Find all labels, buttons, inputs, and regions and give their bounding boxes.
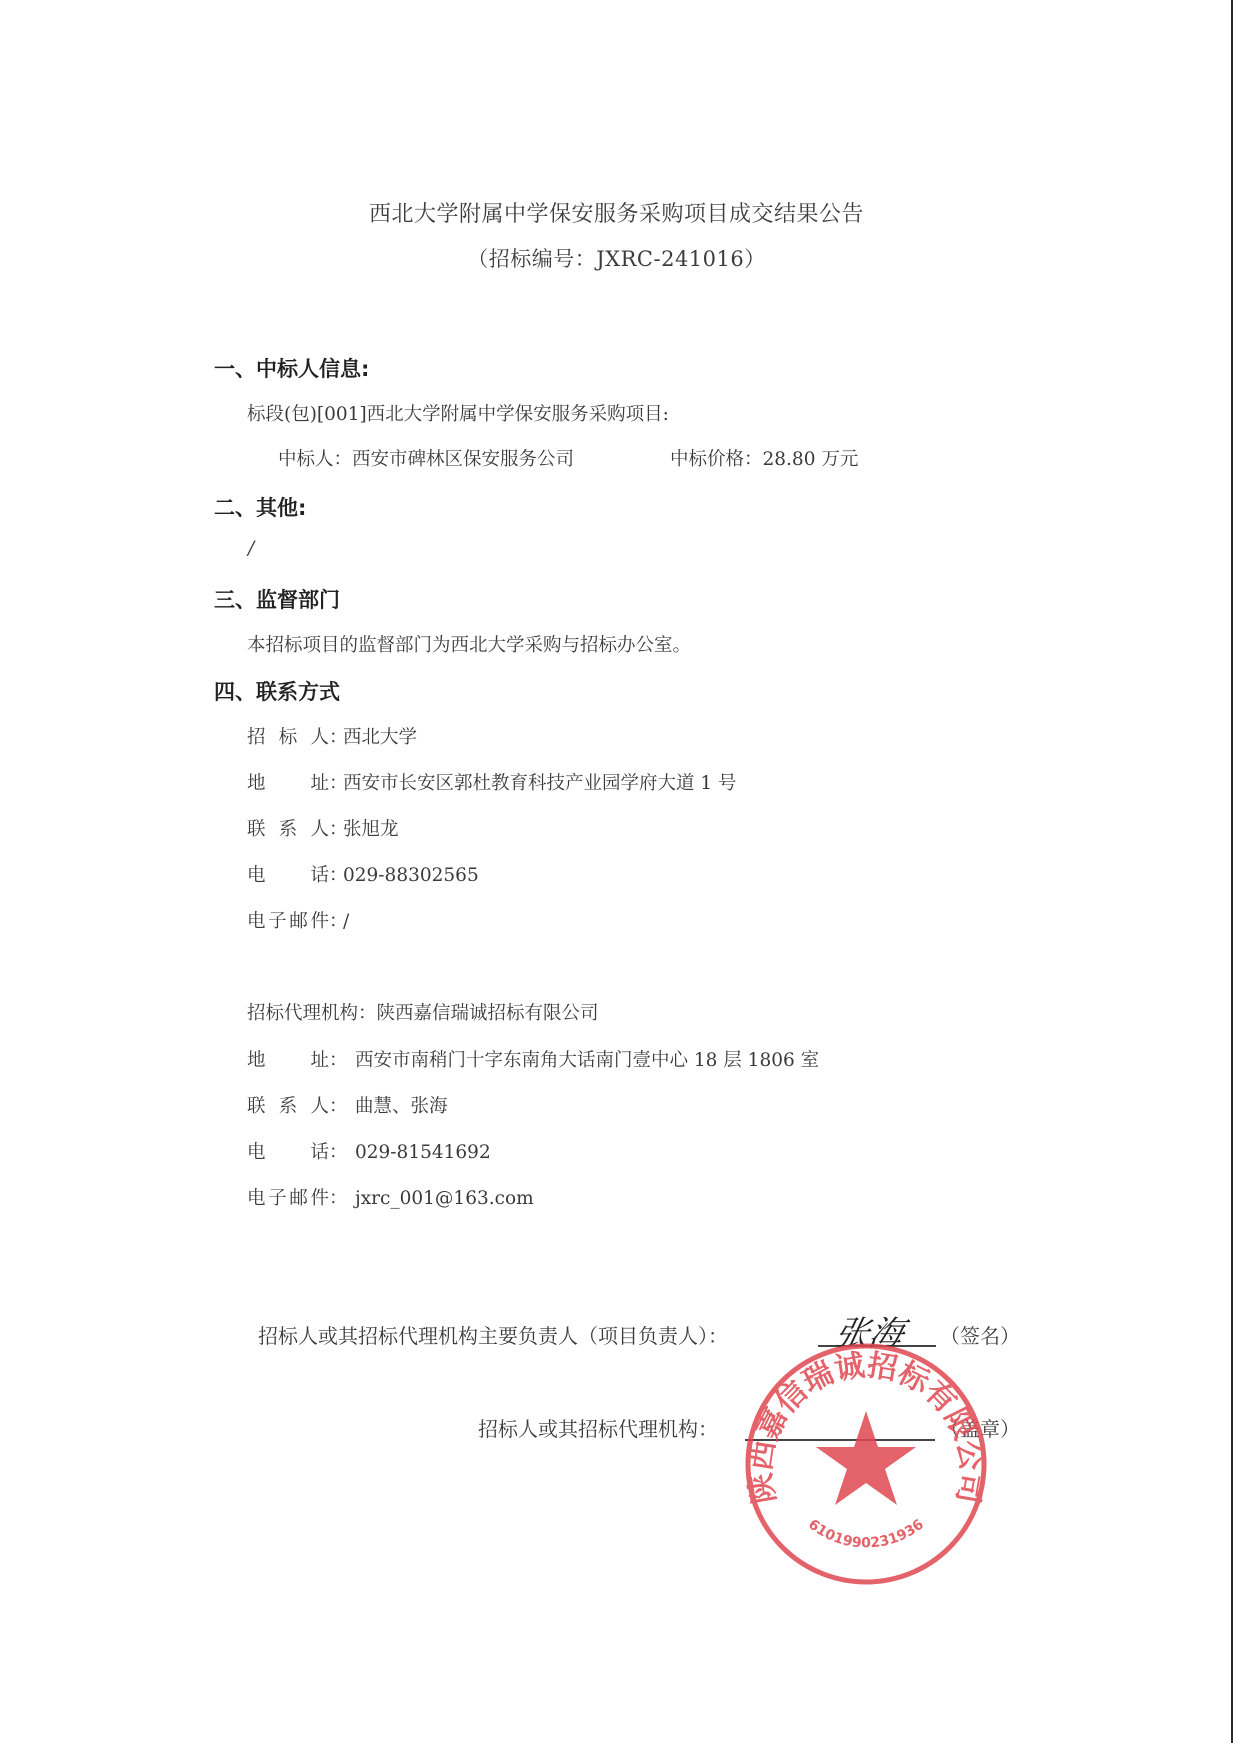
principal-label: 招标人或其招标代理机构主要负责人（项目负责人）： <box>258 1320 728 1349</box>
row-value: 西北大学 <box>343 727 417 748</box>
agency-name-row: 招标代理机构：陕西嘉信瑞诚招标有限公司 <box>247 999 599 1025</box>
tenderer-row: 电子邮件：/ <box>247 907 349 933</box>
price-label: 中标价格： <box>670 449 763 470</box>
row-label: 电 话 <box>247 1138 329 1164</box>
section-heading-other: 二、其他: <box>214 492 306 522</box>
row-label: 电 话 <box>247 861 329 887</box>
price-value: 28.80 万元 <box>763 449 859 470</box>
supervision-content: 本招标项目的监督部门为西北大学采购与招标办公室。 <box>247 631 691 657</box>
agency-row: 联 系 人：曲慧、张海 <box>247 1092 448 1118</box>
row-label: 电子邮件 <box>247 907 329 933</box>
row-label: 地 址 <box>247 1046 329 1072</box>
agency-row: 电子邮件：jxrc_001@163.com <box>247 1184 534 1210</box>
row-value: 西安市南稍门十字东南角大话南门壹中心 18 层 1806 室 <box>355 1050 819 1071</box>
row-value: jxrc_001@163.com <box>355 1188 534 1209</box>
winner-line: 中标人：西安市碑林区保安服务公司 <box>278 445 574 471</box>
agency-label: 招标代理机构： <box>247 1003 377 1024</box>
price-line: 中标价格：28.80 万元 <box>670 445 858 471</box>
row-label: 联 系 人 <box>247 1092 329 1118</box>
other-content: / <box>248 538 254 559</box>
row-label: 招 标 人 <box>247 723 329 749</box>
row-label: 地 址 <box>247 769 329 795</box>
row-value: 曲慧、张海 <box>355 1096 448 1117</box>
document-title: 西北大学附属中学保安服务采购项目成交结果公告 <box>0 197 1233 228</box>
seal-code: 6101990231936 <box>805 1516 927 1551</box>
section-heading-contact: 四、联系方式 <box>214 676 340 706</box>
row-label: 联 系 人 <box>247 815 329 841</box>
org-label: 招标人或其招标代理机构： <box>478 1413 718 1442</box>
company-seal-icon: 陕西嘉信瑞诚招标有限公司 6101990231936 <box>741 1339 991 1589</box>
section-heading-supervision: 三、监督部门 <box>214 584 340 614</box>
row-value: 029-81541692 <box>355 1142 491 1163</box>
tenderer-row: 招 标 人：西北大学 <box>247 723 417 749</box>
agency-row: 电 话：029-81541692 <box>247 1138 491 1164</box>
winner-value: 西安市碑林区保安服务公司 <box>352 449 574 470</box>
row-value: / <box>343 911 349 932</box>
section-heading-winner: 一、中标人信息: <box>214 353 369 383</box>
lot-line: 标段(包)[001]西北大学附属中学保安服务采购项目: <box>247 400 669 426</box>
row-label: 电子邮件 <box>247 1184 329 1210</box>
tenderer-row: 地 址：西安市长安区郭杜教育科技产业园学府大道 1 号 <box>247 769 737 795</box>
tenderer-row: 联 系 人：张旭龙 <box>247 815 399 841</box>
tender-number: （招标编号：JXRC-241016） <box>0 243 1233 273</box>
winner-label: 中标人： <box>278 449 352 470</box>
agency-value: 陕西嘉信瑞诚招标有限公司 <box>377 1003 599 1024</box>
row-value: 张旭龙 <box>343 819 399 840</box>
tenderer-row: 电 话：029-88302565 <box>247 861 479 887</box>
row-value: 029-88302565 <box>343 865 479 886</box>
svg-text:6101990231936: 6101990231936 <box>805 1516 927 1551</box>
row-value: 西安市长安区郭杜教育科技产业园学府大道 1 号 <box>343 773 737 794</box>
agency-row: 地 址：西安市南稍门十字东南角大话南门壹中心 18 层 1806 室 <box>247 1046 819 1072</box>
